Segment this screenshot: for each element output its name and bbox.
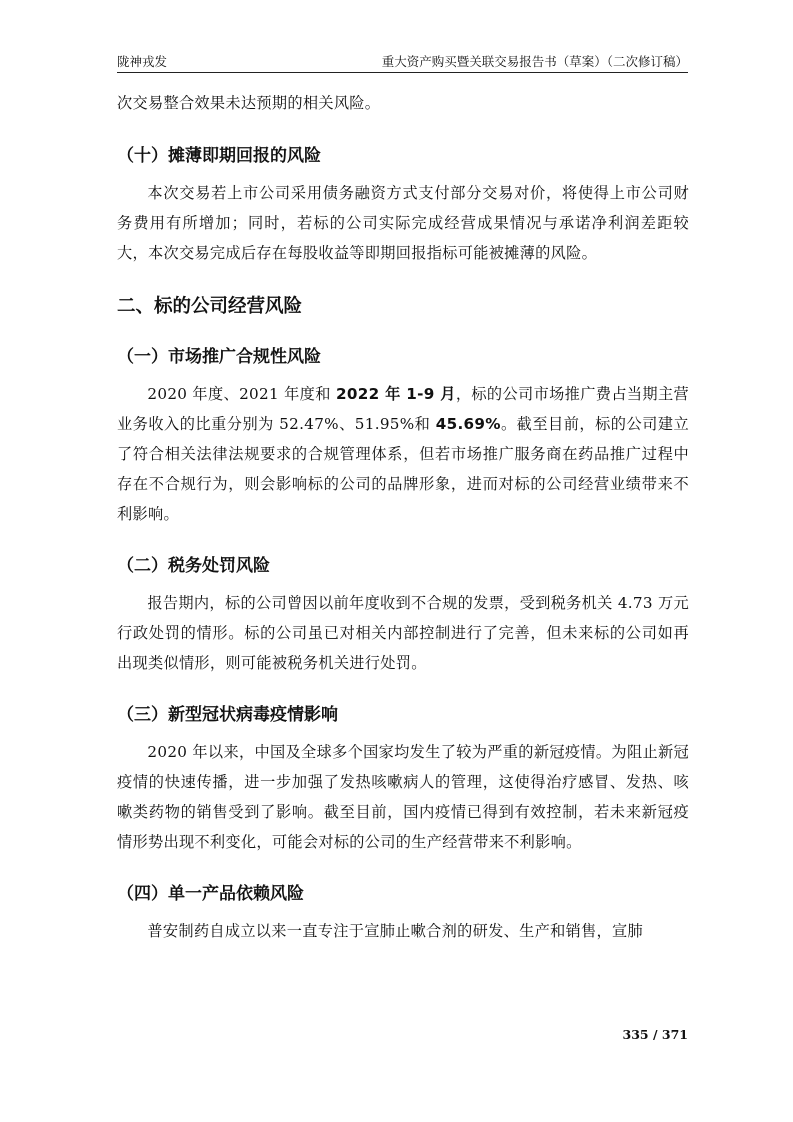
paragraph-marketing-compliance-risk: 2020 年度、2021 年度和 2022 年 1-9 月，标的公司市场推广费占… [117, 379, 689, 529]
text-run: 2020 年度、2021 年度和 [147, 385, 336, 403]
heading-marketing-compliance-risk: （一）市场推广合规性风险 [117, 342, 689, 367]
header-doc-title: 重大资产购买暨关联交易报告书（草案）（二次修订稿） [382, 52, 688, 70]
bold-period: 2022 年 1-9 月 [336, 385, 456, 403]
paragraph-tax-penalty-risk: 报告期内，标的公司曾因以前年度收到不合规的发票，受到税务机关 4.73 万元行政… [117, 588, 689, 678]
header-company: 陇神戎发 [117, 52, 167, 70]
heading-target-operating-risk: 二、标的公司经营风险 [117, 292, 689, 318]
bold-percentage: 45.69% [436, 415, 501, 433]
heading-tax-penalty-risk: （二）税务处罚风险 [117, 551, 689, 576]
paragraph-dilution-risk: 本次交易若上市公司采用债务融资方式支付部分交易对价，将使得上市公司财务费用有所增… [117, 178, 689, 268]
page-content: 次交易整合效果未达预期的相关风险。 （十）摊薄即期回报的风险 本次交易若上市公司… [117, 88, 689, 946]
page-header: 陇神戎发 重大资产购买暨关联交易报告书（草案）（二次修订稿） [117, 55, 688, 73]
heading-single-product-risk: （四）单一产品依赖风险 [117, 879, 689, 904]
heading-covid-impact: （三）新型冠状病毒疫情影响 [117, 700, 689, 725]
paragraph-single-product-risk: 普安制药自成立以来一直专注于宣肺止嗽合剂的研发、生产和销售，宣肺 [117, 916, 689, 946]
paragraph-continued: 次交易整合效果未达预期的相关风险。 [117, 88, 689, 118]
page-number: 335 / 371 [623, 1027, 688, 1042]
paragraph-covid-impact: 2020 年以来，中国及全球多个国家均发生了较为严重的新冠疫情。为阻止新冠疫情的… [117, 737, 689, 857]
heading-dilution-risk: （十）摊薄即期回报的风险 [117, 141, 689, 166]
